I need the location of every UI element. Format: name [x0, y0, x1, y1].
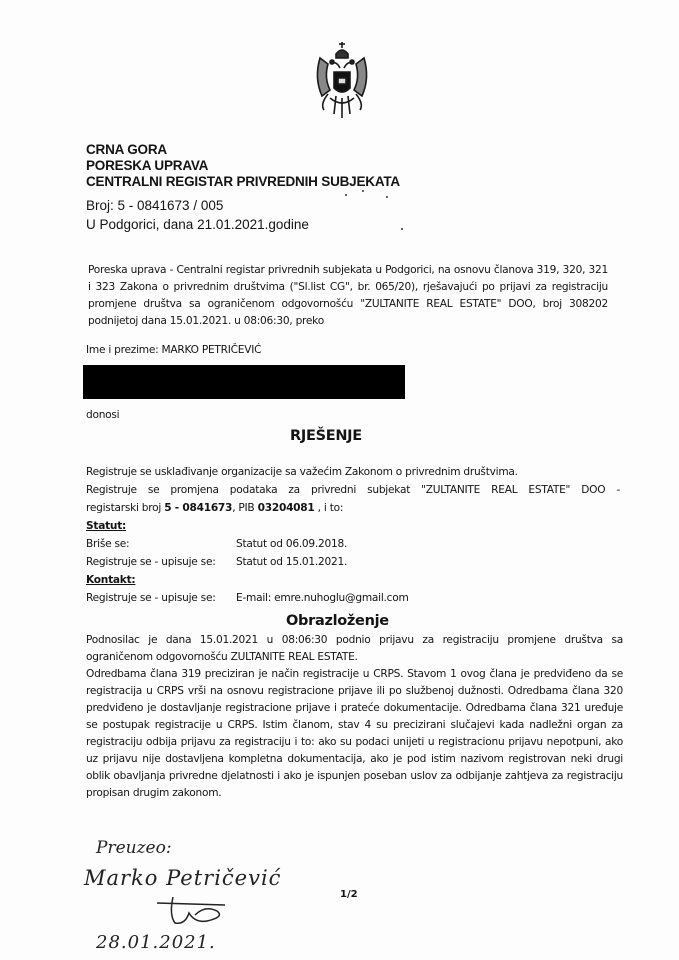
- scanned-document-page: CRNA GORA PORESKA UPRAVA CENTRALNI REGIS…: [0, 0, 679, 960]
- kontakt-heading: Kontakt:: [86, 571, 626, 589]
- signature-icon: [155, 895, 235, 929]
- coat-of-arms-icon: [310, 38, 374, 120]
- word: "ZULTANITE: [421, 481, 480, 499]
- decision-line-1: Registruje se usklađivanje organizacije …: [86, 463, 626, 481]
- statut-row-value: Statut od 15.01.2021.: [236, 553, 347, 571]
- pib-label: , PIB: [232, 502, 257, 514]
- intro-paragraph: Poreska uprava - Centralni registar priv…: [88, 262, 608, 330]
- kontakt-row-key: Registruje se - upisuje se:: [86, 589, 236, 607]
- redacted-block: [83, 365, 405, 399]
- statut-row: Briše se: Statut od 06.09.2018.: [86, 535, 626, 553]
- header-authority: PORESKA UPRAVA: [86, 158, 400, 174]
- word: se: [148, 481, 160, 499]
- page-number: 1/2: [340, 889, 358, 900]
- kontakt-row: Registruje se - upisuje se: E-mail: emre…: [86, 589, 626, 607]
- word: subjekat: [367, 481, 410, 499]
- handwritten-name: Marko Petričević: [84, 866, 281, 890]
- statut-row-key: Briše se:: [86, 535, 236, 553]
- donosi-label: donosi: [86, 407, 119, 424]
- statut-row-key: Registruje se - upisuje se:: [86, 553, 236, 571]
- document-header: CRNA GORA PORESKA UPRAVA CENTRALNI REGIS…: [86, 142, 400, 190]
- header-registry: CENTRALNI REGISTAR PRIVREDNIH SUBJEKATA: [86, 174, 400, 190]
- explanation-paragraph: Odredbama člana 319 preciziran je način …: [86, 666, 623, 802]
- place-and-date: U Podgorici, dana 21.01.2021.godine: [86, 215, 309, 234]
- word: za: [288, 481, 300, 499]
- word: promjena: [170, 481, 218, 499]
- statut-row: Registruje se - upisuje se: Statut od 15…: [86, 553, 626, 571]
- word: privredni: [311, 481, 356, 499]
- decision-section: Registruje se usklađivanje organizacije …: [86, 463, 626, 607]
- decision-line-3: registarski broj 5 - 0841673, PIB 032040…: [86, 499, 626, 517]
- statut-row-value: Statut od 06.09.2018.: [236, 535, 347, 553]
- kontakt-email: E-mail: emre.nuhoglu@gmail.com: [236, 589, 409, 607]
- handwritten-received-label: Preuzeo:: [96, 838, 172, 858]
- registration-number: 5 - 0841673: [164, 502, 232, 514]
- explanation-title: Obrazloženje: [286, 613, 389, 629]
- header-country: CRNA GORA: [86, 142, 400, 158]
- handwritten-date: 28.01.2021.: [96, 932, 216, 953]
- reg-prefix: registarski broj: [86, 502, 164, 514]
- decision-title: RJEŠENJE: [290, 428, 362, 444]
- reg-suffix: , i to:: [315, 502, 344, 514]
- document-reference: Broj: 5 - 0841673 / 005 U Podgorici, dan…: [86, 196, 309, 234]
- pib-number: 03204081: [258, 502, 315, 514]
- word: DOO: [581, 481, 605, 499]
- word: podataka: [230, 481, 278, 499]
- statut-heading: Statut:: [86, 517, 626, 535]
- reference-number: Broj: 5 - 0841673 / 005: [86, 196, 309, 215]
- word: -: [616, 481, 620, 499]
- applicant-name: Ime i prezime: MARKO PETRIČEVIĆ: [86, 342, 261, 359]
- word: REAL: [491, 481, 517, 499]
- word: Registruje: [86, 481, 137, 499]
- decision-line-2: Registrujesepromjenapodatakazaprivrednis…: [86, 481, 620, 499]
- word: ESTATE": [528, 481, 570, 499]
- explanation-paragraph: Podnosilac je dana 15.01.2021 u 08:06:30…: [86, 632, 623, 666]
- explanation-body: Podnosilac je dana 15.01.2021 u 08:06:30…: [86, 632, 623, 802]
